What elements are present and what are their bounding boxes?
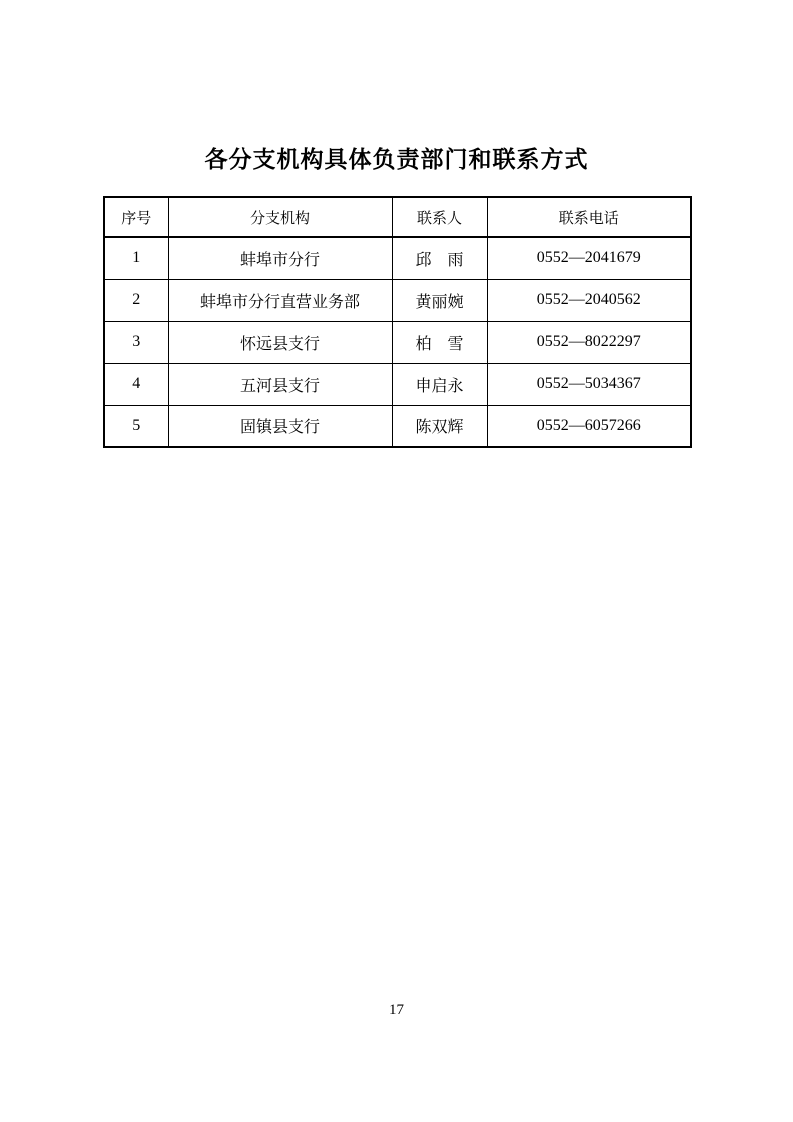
cell-phone: 0552—2041679 xyxy=(487,237,691,279)
cell-no: 3 xyxy=(104,321,168,363)
cell-contact: 邱 雨 xyxy=(392,237,487,279)
cell-no: 2 xyxy=(104,279,168,321)
cell-no: 4 xyxy=(104,363,168,405)
cell-phone: 0552—8022297 xyxy=(487,321,691,363)
column-header-contact: 联系人 xyxy=(392,197,487,237)
table-row: 4 五河县支行 申启永 0552—5034367 xyxy=(104,363,691,405)
cell-phone: 0552—6057266 xyxy=(487,405,691,447)
cell-contact: 黄丽婉 xyxy=(392,279,487,321)
cell-phone: 0552—2040562 xyxy=(487,279,691,321)
column-header-phone: 联系电话 xyxy=(487,197,691,237)
branch-contact-table: 序号 分支机构 联系人 联系电话 1 蚌埠市分行 邱 雨 0552—204167… xyxy=(103,196,692,448)
column-header-no: 序号 xyxy=(104,197,168,237)
page-number: 17 xyxy=(0,1002,793,1019)
cell-no: 5 xyxy=(104,405,168,447)
table-row: 1 蚌埠市分行 邱 雨 0552—2041679 xyxy=(104,237,691,279)
cell-branch: 五河县支行 xyxy=(168,363,392,405)
column-header-branch: 分支机构 xyxy=(168,197,392,237)
cell-no: 1 xyxy=(104,237,168,279)
cell-branch: 蚌埠市分行直营业务部 xyxy=(168,279,392,321)
cell-contact: 陈双辉 xyxy=(392,405,487,447)
table-row: 5 固镇县支行 陈双辉 0552—6057266 xyxy=(104,405,691,447)
table-row: 2 蚌埠市分行直营业务部 黄丽婉 0552—2040562 xyxy=(104,279,691,321)
table-header-row: 序号 分支机构 联系人 联系电话 xyxy=(104,197,691,237)
page-title: 各分支机构具体负责部门和联系方式 xyxy=(0,141,793,174)
table-row: 3 怀远县支行 柏 雪 0552—8022297 xyxy=(104,321,691,363)
document-page: 各分支机构具体负责部门和联系方式 序号 分支机构 联系人 联系电话 1 蚌埠市分… xyxy=(0,0,793,1122)
cell-branch: 固镇县支行 xyxy=(168,405,392,447)
cell-branch: 怀远县支行 xyxy=(168,321,392,363)
cell-branch: 蚌埠市分行 xyxy=(168,237,392,279)
cell-phone: 0552—5034367 xyxy=(487,363,691,405)
cell-contact: 柏 雪 xyxy=(392,321,487,363)
cell-contact: 申启永 xyxy=(392,363,487,405)
